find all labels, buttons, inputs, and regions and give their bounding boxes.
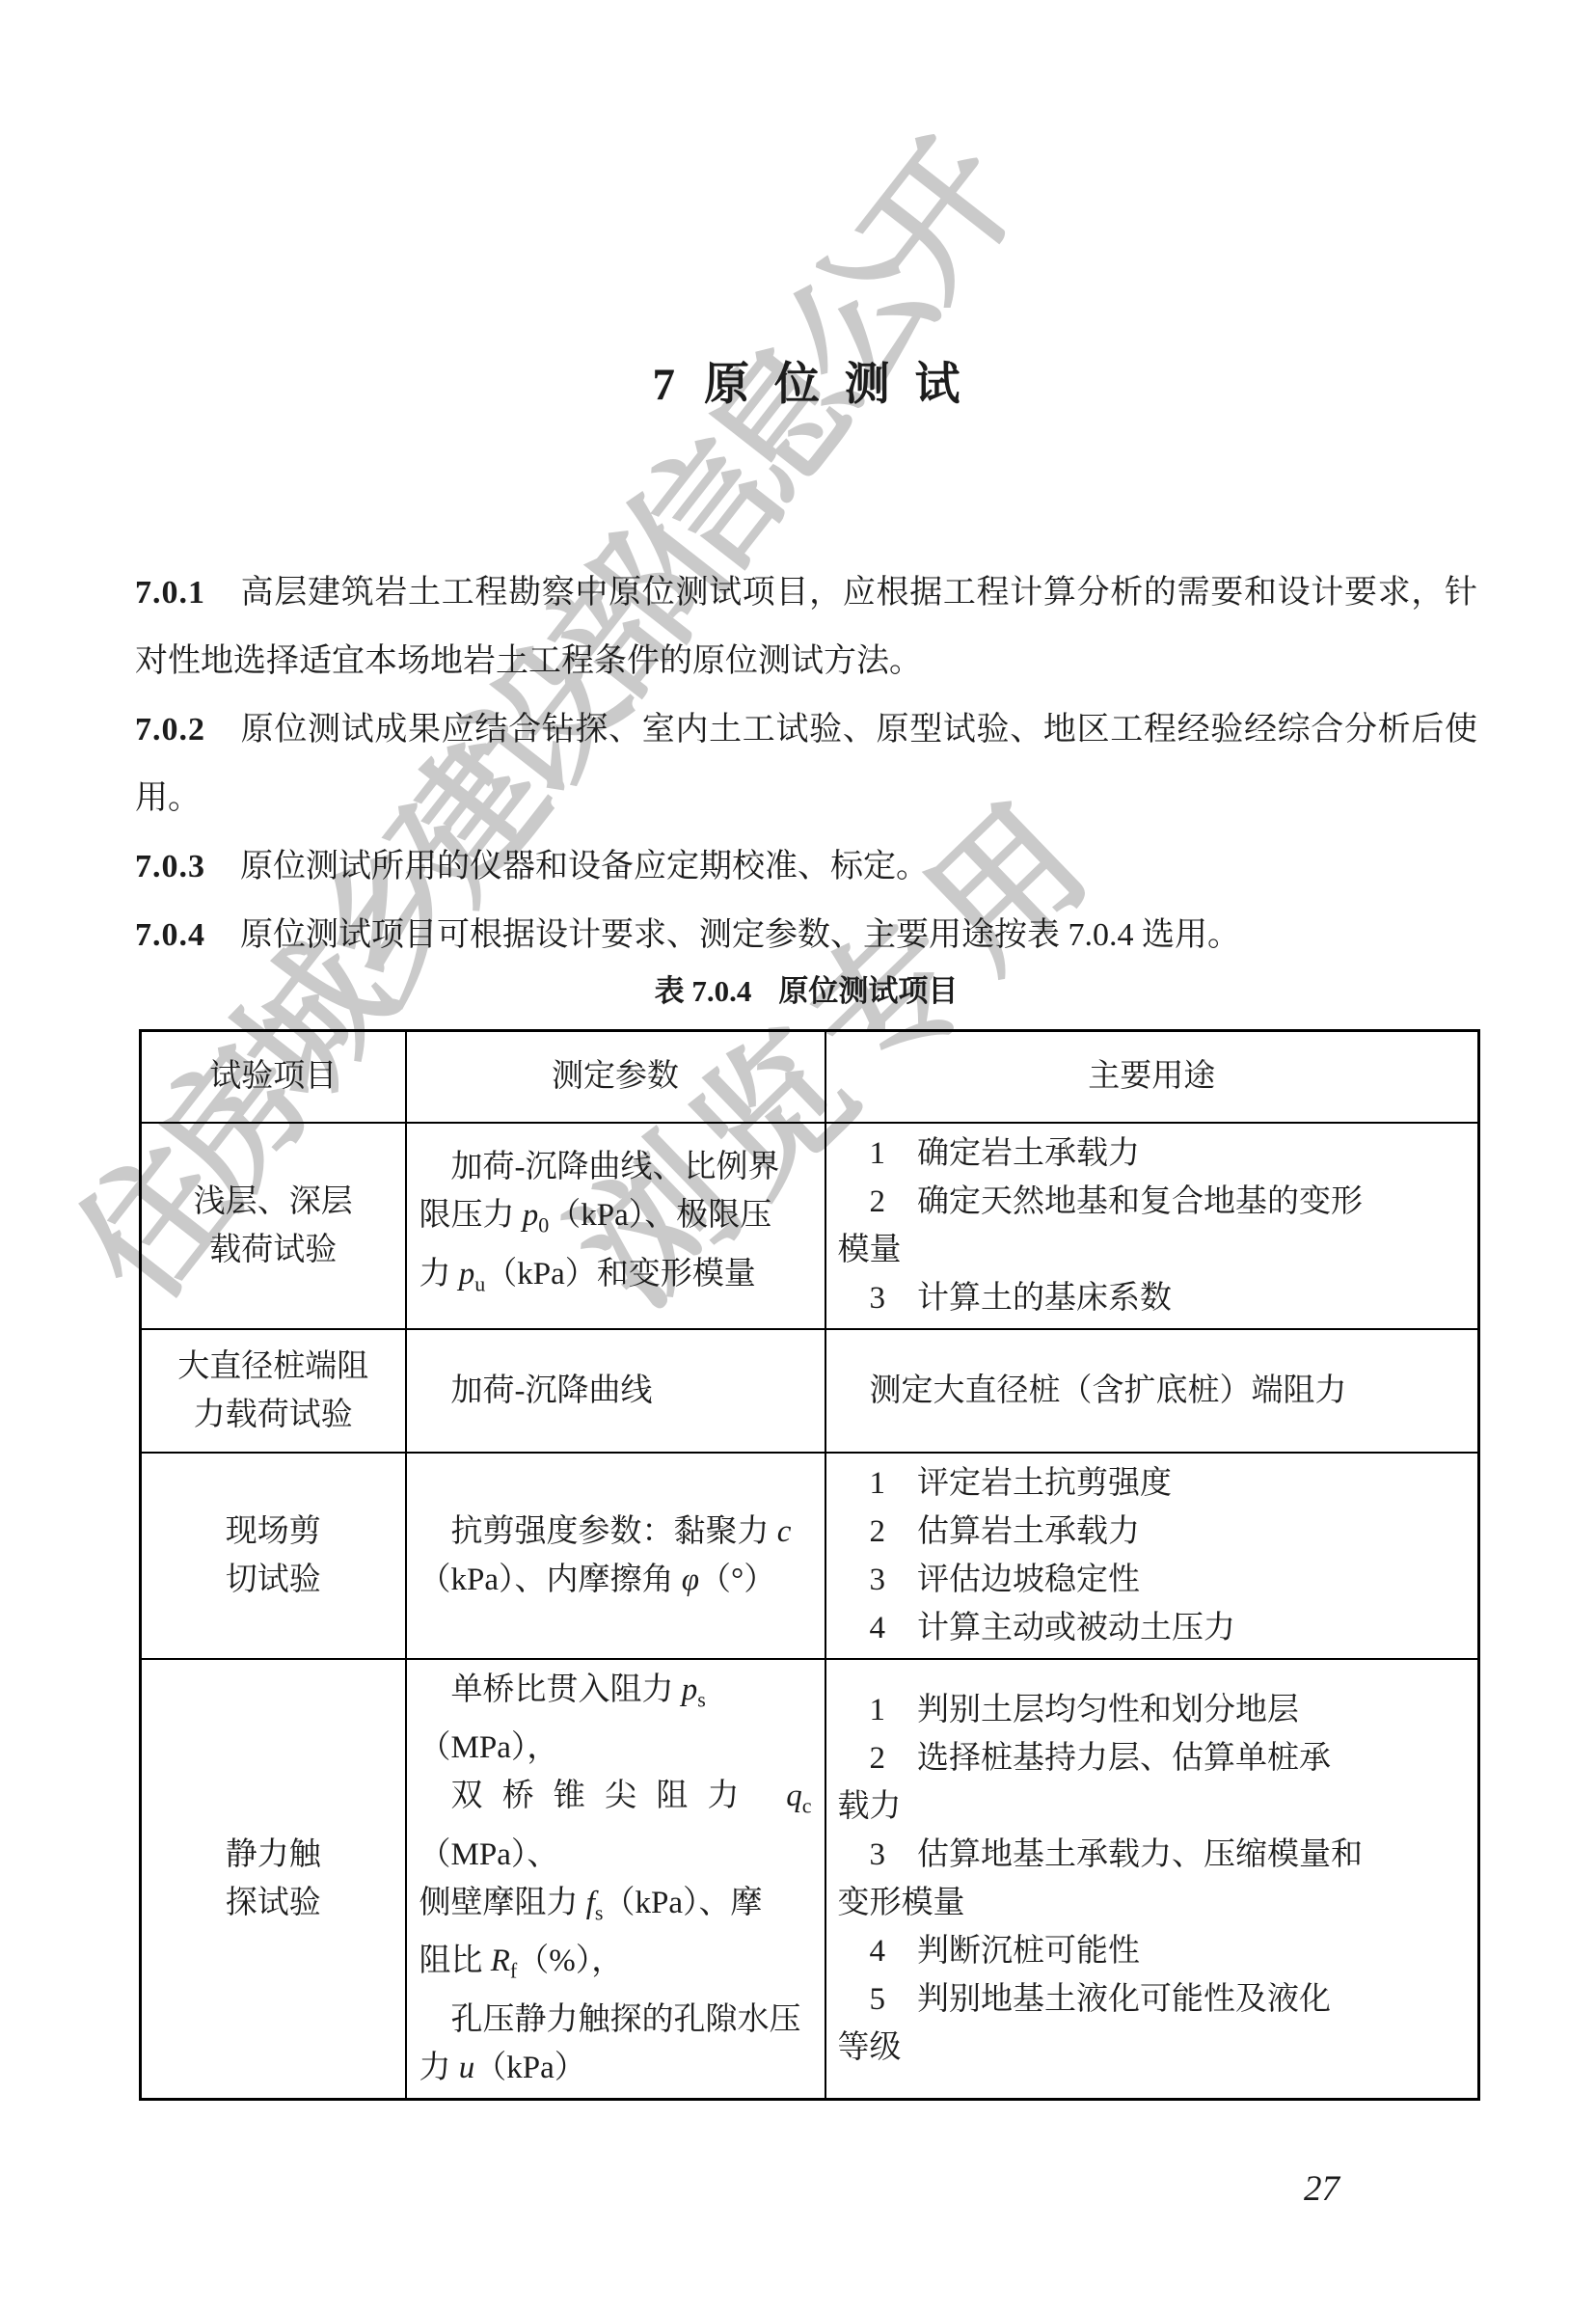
row2-uses: 测定大直径桩（含扩底桩）端阻力 <box>825 1329 1479 1453</box>
use-item: 5 判别地基土液化可能性及液化 等级 <box>838 1975 1467 2072</box>
header-measured-params: 测定参数 <box>406 1031 825 1123</box>
row1-params: 加荷-沉降曲线、比例界限压力 p0（kPa）、极限压力 pu（kPa）和变形模量 <box>406 1123 825 1329</box>
use-item: 1 评定岩土抗剪强度 <box>838 1459 1467 1508</box>
row3-params: 抗剪强度参数：黏聚力 c（kPa）、内摩擦角 φ（°） <box>406 1453 825 1659</box>
row1-project: 浅层、深层 载荷试验 <box>141 1123 406 1329</box>
page-number: 27 <box>1304 2168 1339 2210</box>
param-paragraph: 孔压静力触探的孔隙水压力 u（kPa） <box>419 1996 812 2092</box>
use-item: 1 确定岩土承载力 <box>838 1129 1467 1178</box>
table-header-row: 试验项目 测定参数 主要用途 <box>141 1031 1479 1123</box>
clause-text: 原位测试成果应结合钻探、室内土工试验、原型试验、地区工程经验经综合分析后使用。 <box>135 712 1477 816</box>
clause-text: 原位测试项目可根据设计要求、测定参数、主要用途按表 7.0.4 选用。 <box>240 917 1240 953</box>
insitu-test-table: 试验项目 测定参数 主要用途 浅层、深层 载荷试验 加荷-沉降曲线、比例界限压力… <box>139 1029 1480 2101</box>
use-item: 3 评估边坡稳定性 <box>838 1556 1467 1604</box>
row1-uses: 1 确定岩土承载力 2 确定天然地基和复合地基的变形 模量 3 计算土的基床系数 <box>825 1123 1479 1329</box>
use-item: 3 计算土的基床系数 <box>838 1274 1467 1322</box>
use-item: 测定大直径桩（含扩底桩）端阻力 <box>838 1367 1467 1415</box>
param-paragraph: 加荷-沉降曲线 <box>419 1367 812 1415</box>
param-paragraph: 双桥锥尖阻力 qc（MPa）、侧壁摩阻力 fs（kPa）、摩阻比 Rf（%）， <box>419 1772 812 1996</box>
clause-number: 7.0.2 <box>135 712 205 748</box>
row3-uses: 1 评定岩土抗剪强度 2 估算岩土承载力 3 评估边坡稳定性 4 计算主动或被动… <box>825 1453 1479 1659</box>
clause-7-0-3: 7.0.3原位测试所用的仪器和设备应定期校准、标定。 <box>135 832 1477 901</box>
use-item: 2 选择桩基持力层、估算单桩承 载力 <box>838 1734 1467 1831</box>
use-item: 4 计算主动或被动土压力 <box>838 1604 1467 1652</box>
param-paragraph: 单桥比贯入阻力 ps（MPa）， <box>419 1666 812 1773</box>
use-item: 4 判断沉桩可能性 <box>838 1927 1467 1975</box>
table-row: 静力触 探试验 单桥比贯入阻力 ps（MPa）， 双桥锥尖阻力 qc（MPa）、… <box>141 1659 1479 2100</box>
table-row: 浅层、深层 载荷试验 加荷-沉降曲线、比例界限压力 p0（kPa）、极限压力 p… <box>141 1123 1479 1329</box>
use-item: 1 判别土层均匀性和划分地层 <box>838 1686 1467 1734</box>
page-content: 7原位测试 7.0.1高层建筑岩土工程勘察中原位测试项目，应根据工程计算分析的需… <box>0 0 1596 2101</box>
row4-uses: 1 判别土层均匀性和划分地层 2 选择桩基持力层、估算单桩承 载力 3 估算地基… <box>825 1659 1479 2100</box>
clause-number: 7.0.4 <box>135 917 205 953</box>
use-item: 3 估算地基土承载力、压缩模量和 变形模量 <box>838 1831 1467 1927</box>
use-item: 2 确定天然地基和复合地基的变形 模量 <box>838 1178 1467 1274</box>
chapter-title-text: 原位测试 <box>704 360 985 410</box>
param-paragraph: 抗剪强度参数：黏聚力 c（kPa）、内摩擦角 φ（°） <box>419 1508 812 1604</box>
clause-7-0-1: 7.0.1高层建筑岩土工程勘察中原位测试项目，应根据工程计算分析的需要和设计要求… <box>135 558 1477 695</box>
table-caption-text: 原位测试项目 <box>778 974 958 1008</box>
clause-number: 7.0.1 <box>135 575 205 611</box>
clause-number: 7.0.3 <box>135 849 205 884</box>
header-main-uses: 主要用途 <box>825 1031 1479 1123</box>
table-caption: 表 7.0.4原位测试项目 <box>135 969 1477 1014</box>
clause-7-0-4: 7.0.4原位测试项目可根据设计要求、测定参数、主要用途按表 7.0.4 选用。 <box>135 901 1477 969</box>
row2-project: 大直径桩端阻 力载荷试验 <box>141 1329 406 1453</box>
chapter-title: 7原位测试 <box>135 357 1477 414</box>
row4-params: 单桥比贯入阻力 ps（MPa）， 双桥锥尖阻力 qc（MPa）、侧壁摩阻力 fs… <box>406 1659 825 2100</box>
param-paragraph: 加荷-沉降曲线、比例界限压力 p0（kPa）、极限压力 pu（kPa）和变形模量 <box>419 1143 812 1308</box>
chapter-number: 7 <box>652 360 675 410</box>
document-page: 住房城乡建设部信息公开 浏览专用 7原位测试 7.0.1高层建筑岩土工程勘察中原… <box>0 0 1596 2311</box>
row2-params: 加荷-沉降曲线 <box>406 1329 825 1453</box>
clause-text: 原位测试所用的仪器和设备应定期校准、标定。 <box>240 849 929 884</box>
table-row: 现场剪 切试验 抗剪强度参数：黏聚力 c（kPa）、内摩擦角 φ（°） 1 评定… <box>141 1453 1479 1659</box>
table-caption-label: 表 7.0.4 <box>655 974 752 1008</box>
row4-project: 静力触 探试验 <box>141 1659 406 2100</box>
clause-7-0-2: 7.0.2原位测试成果应结合钻探、室内土工试验、原型试验、地区工程经验经综合分析… <box>135 695 1477 832</box>
header-test-item: 试验项目 <box>141 1031 406 1123</box>
use-item: 2 估算岩土承载力 <box>838 1508 1467 1556</box>
table-row: 大直径桩端阻 力载荷试验 加荷-沉降曲线 测定大直径桩（含扩底桩）端阻力 <box>141 1329 1479 1453</box>
clause-text: 高层建筑岩土工程勘察中原位测试项目，应根据工程计算分析的需要和设计要求，针对性地… <box>135 575 1477 679</box>
row3-project: 现场剪 切试验 <box>141 1453 406 1659</box>
clauses-block: 7.0.1高层建筑岩土工程勘察中原位测试项目，应根据工程计算分析的需要和设计要求… <box>135 558 1477 969</box>
